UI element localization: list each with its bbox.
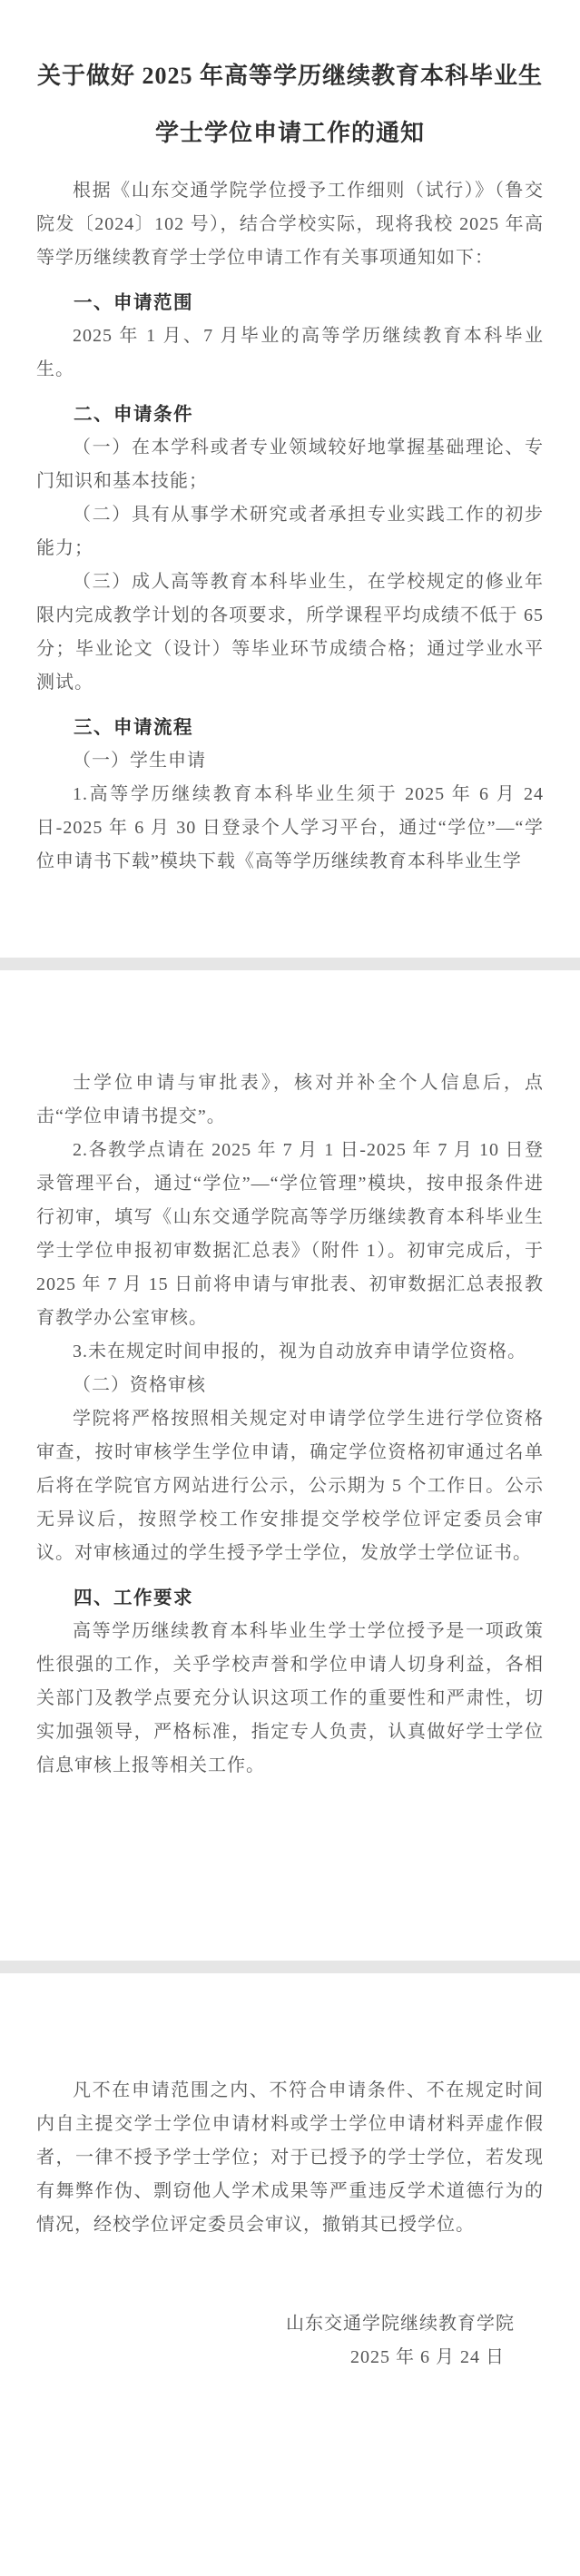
subheading-qualification-review: （二）资格审核 [36,1369,544,1402]
step-1-paragraph-part-2: 士学位申请与审批表》，核对并补全个人信息后，点击“学位申请书提交”。 [36,1067,544,1134]
heading-application-scope: 一、申请范围 [36,286,544,320]
signature-issuer: 山东交通学院继续教育学院 [36,2307,544,2341]
page-divider-1 [0,958,580,970]
notice-page-3: 凡不在申请范围之内、不符合申请条件、不在规定时间内自主提交学士学位申请材料或学士… [0,1973,580,2576]
subheading-student-application: （一）学生申请 [36,744,544,778]
notice-document: 关于做好 2025 年高等学历继续教育本科毕业生 学士学位申请工作的通知 根据《… [0,0,580,2576]
condition-2-paragraph: （二）具有从事学术研究或者承担专业实践工作的初步能力； [36,498,544,565]
step-3-paragraph: 3.未在规定时间申报的，视为自动放弃申请学位资格。 [36,1335,544,1369]
heading-application-process: 三、申请流程 [36,711,544,744]
penalty-paragraph: 凡不在申请范围之内、不符合申请条件、不在规定时间内自主提交学士学位申请材料或学士… [36,2074,544,2242]
page-divider-2 [0,1961,580,1973]
document-title: 关于做好 2025 年高等学历继续教育本科毕业生 学士学位申请工作的通知 [36,47,544,162]
document-title-line1: 关于做好 2025 年高等学历继续教育本科毕业生 [36,47,544,104]
heading-work-requirements: 四、工作要求 [36,1581,544,1615]
qualification-review-paragraph: 学院将严格按照相关规定对申请学位学生进行学位资格审查，按时审核学生学位申请，确定… [36,1402,544,1570]
intro-paragraph: 根据《山东交通学院学位授予工作细则（试行）》（鲁交院发〔2024〕102 号），… [36,174,544,275]
work-requirements-paragraph: 高等学历继续教育本科毕业生学士学位授予是一项政策性很强的工作，关乎学校声誉和学位… [36,1615,544,1783]
heading-application-conditions: 二、申请条件 [36,398,544,431]
notice-page-1: 关于做好 2025 年高等学历继续教育本科毕业生 学士学位申请工作的通知 根据《… [0,0,580,958]
condition-3-paragraph: （三）成人高等教育本科毕业生，在学校规定的修业年限内完成教学计划的各项要求，所学… [36,565,544,700]
notice-page-2: 士学位申请与审批表》，核对并补全个人信息后，点击“学位申请书提交”。 2.各教学… [0,970,580,1961]
signature-date: 2025 年 6 月 24 日 [36,2341,544,2374]
document-title-line2: 学士学位申请工作的通知 [36,104,544,162]
step-1-paragraph-part-1: 1.高等学历继续教育本科毕业生须于 2025 年 6 月 24 日-2025 年… [36,778,544,879]
condition-1-paragraph: （一）在本学科或者专业领域较好地掌握基础理论、专门知识和基本技能； [36,431,544,498]
step-2-paragraph: 2.各教学点请在 2025 年 7 月 1 日-2025 年 7 月 10 日登… [36,1134,544,1335]
scope-paragraph: 2025 年 1 月、7 月毕业的高等学历继续教育本科毕业生。 [36,320,544,387]
